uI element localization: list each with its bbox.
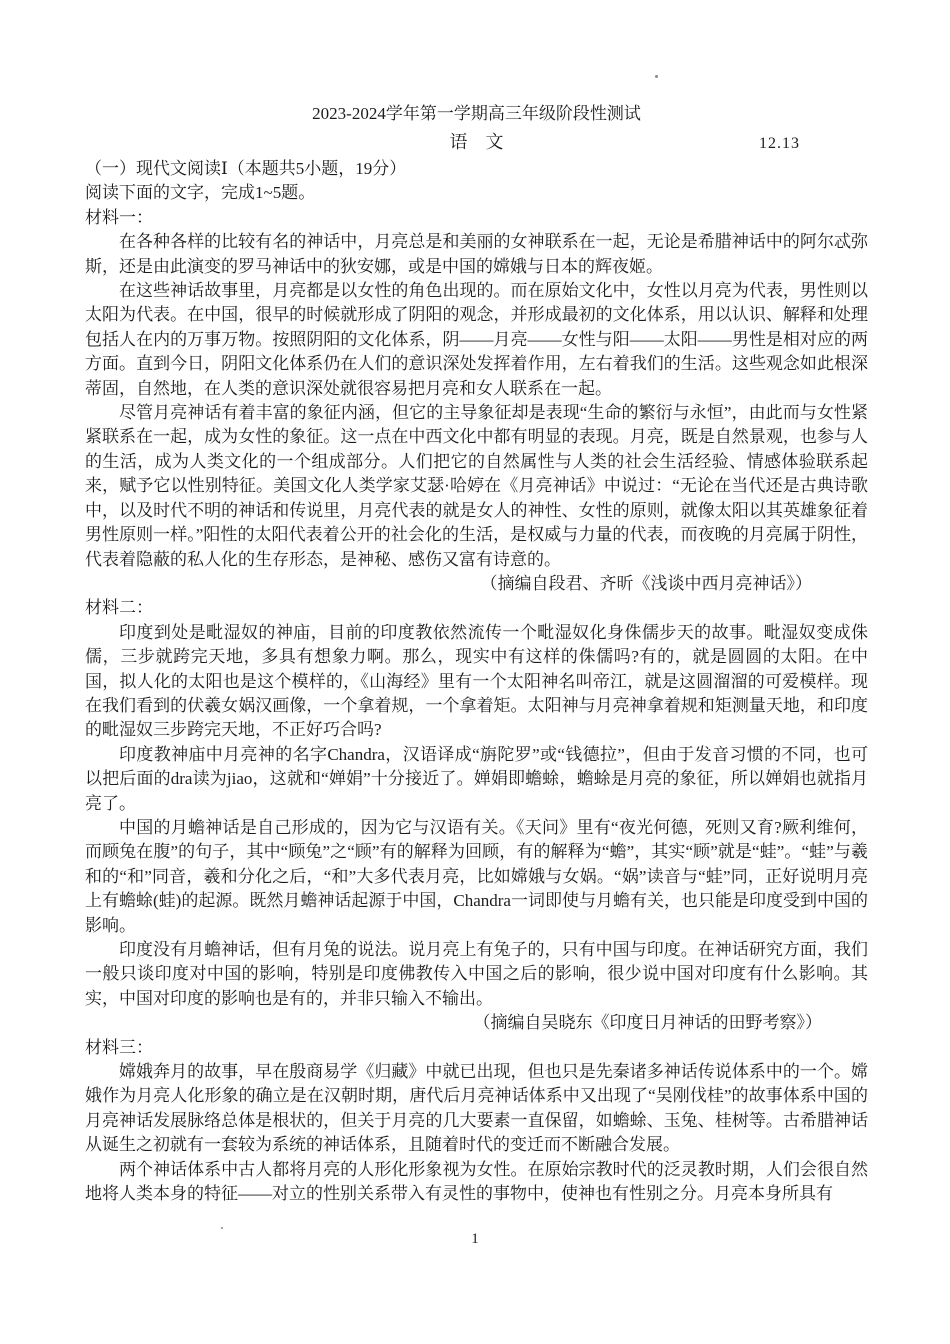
material-2-paragraph: 印度教神庙中月亮神的名字Chandra，汉语译成“旃陀罗”或“钱德拉”，但由于发… [85,743,868,816]
reading-instruction: 阅读下面的文字，完成1~5题。 [85,181,868,205]
material-1-label: 材料一： [85,206,868,230]
material-2-paragraph: 印度到处是毗湿奴的神庙，目前的印度教依然流传一个毗湿奴化身侏儒步天的故事。毗湿奴… [85,621,868,743]
document-page: 2023-2024学年第一学期高三年级阶段性测试 语 文 12.13 （一）现代… [0,0,950,1344]
scan-artifact-dot [655,75,658,78]
exam-title: 2023-2024学年第一学期高三年级阶段性测试 [85,100,868,128]
material-2-attribution: （摘编自吴晓东《印度日月神话的田野考察》） [85,1011,868,1035]
document-content: 2023-2024学年第一学期高三年级阶段性测试 语 文 12.13 （一）现代… [85,100,868,1206]
material-1: 材料一： 在各种各样的比较有名的神话中，月亮总是和美丽的女神联系在一起，无论是希… [85,206,868,597]
material-1-paragraph: 在这些神话故事里，月亮都是以女性的角色出现的。而在原始文化中，女性以月亮为代表，… [85,279,868,401]
material-2-paragraph: 中国的月蟾神话是自己形成的，因为它与汉语有关。《天问》里有“夜光何德，死则又育?… [85,816,868,938]
material-2-label: 材料二： [85,596,868,620]
material-2-paragraph: 印度没有月蟾神话，但有月兔的说法。说月亮上有兔子的，只有中国与印度。在神话研究方… [85,938,868,1011]
exam-date: 12.13 [759,129,800,158]
material-1-attribution: （摘编自段君、齐昕《浅谈中西月亮神话》） [85,572,868,596]
material-3-paragraph: 两个神话体系中古人都将月亮的人形化形象视为女性。在原始宗教时代的泛灵教时期，人们… [85,1158,868,1207]
material-3: 材料三： 嫦娥奔月的故事，早在殷商易学《归藏》中就已出现，但也只是先秦诸多神话传… [85,1036,868,1207]
section-heading: （一）现代文阅读Ⅰ（本题共5小题，19分） [85,157,868,181]
material-1-paragraph: 在各种各样的比较有名的神话中，月亮总是和美丽的女神联系在一起，无论是希腊神话中的… [85,230,868,279]
page-number: 1 [0,1228,950,1250]
subject-row: 语 文 12.13 [85,128,868,157]
material-1-paragraph: 尽管月亮神话有着丰富的象征内涵，但它的主导象征却是表现“生命的繁衍与永恒”，由此… [85,401,868,572]
subject-title: 语 文 [450,132,504,152]
material-3-label: 材料三： [85,1036,868,1060]
material-2: 材料二： 印度到处是毗湿奴的神庙，目前的印度教依然流传一个毗湿奴化身侏儒步天的故… [85,596,868,1035]
material-3-paragraph: 嫦娥奔月的故事，早在殷商易学《归藏》中就已出现，但也只是先秦诸多神话传说体系中的… [85,1060,868,1158]
